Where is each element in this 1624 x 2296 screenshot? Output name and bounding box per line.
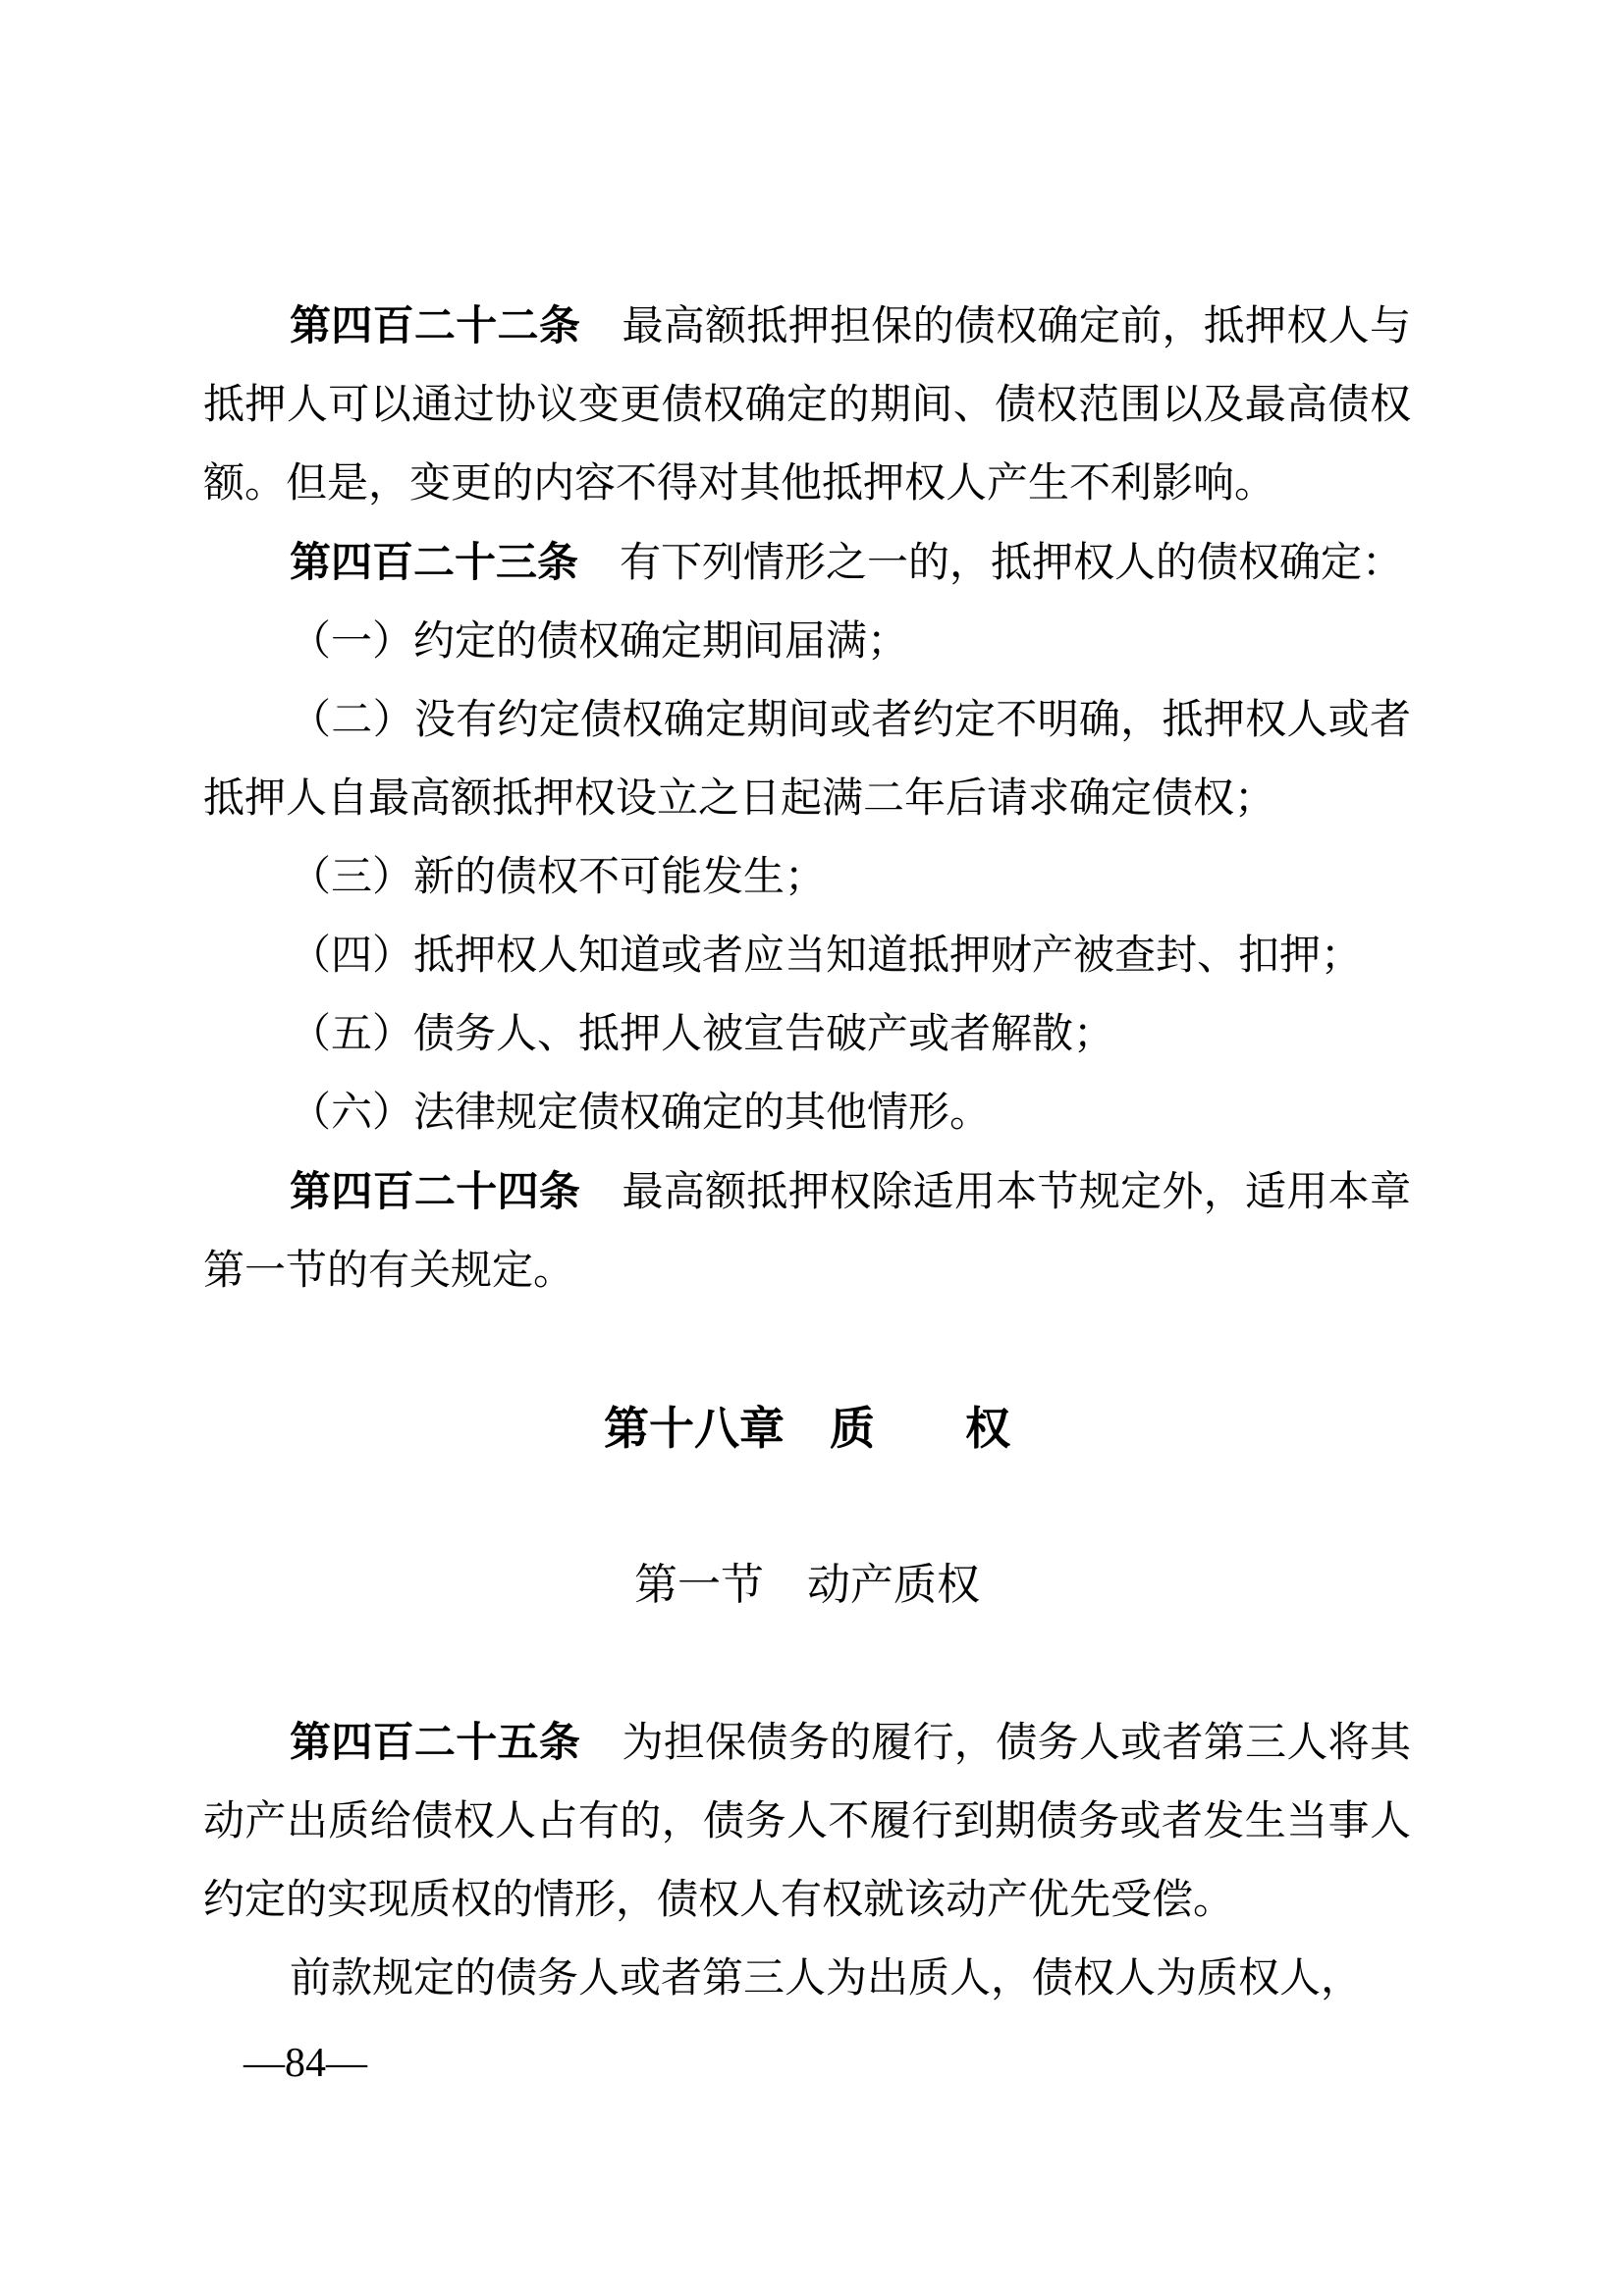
article-423-item-2: （二）没有约定债权确定期间或者约定不明确，抵押权人或者抵押人自最高额抵押权设立之… [203,681,1411,838]
article-423-item-2-text: （二）没有约定债权确定期间或者约定不明确，抵押权人或者抵押人自最高额抵押权设立之… [203,698,1411,822]
article-423-number: 第四百二十三条 [290,539,578,585]
article-423-text: 有下列情形之一的，抵押权人的债权确定： [578,541,1403,586]
article-425-paragraph-2-text: 前款规定的债务人或者第三人为出质人，债权人为质权人， [290,1956,1362,2002]
article-423-item-6: （六）法律规定债权确定的其他情形。 [203,1074,1411,1152]
article-423-item-4-text: （四）抵押权人知道或者应当知道抵押财产被查封、扣押； [290,934,1362,979]
chapter-18-heading: 第十八章 质 权 [203,1389,1411,1468]
article-423-item-5-text: （五）债务人、抵押人被宣告破产或者解散； [290,1012,1114,1057]
article-423-item-3: （三）新的债权不可能发生； [203,838,1411,917]
article-422-paragraph: 第四百二十二条 最高额抵押担保的债权确定前，抵押权人与抵押人可以通过协议变更债权… [203,287,1411,523]
article-423-item-4: （四）抵押权人知道或者应当知道抵押财产被查封、扣押； [203,917,1411,995]
document-page: 第四百二十二条 最高额抵押担保的债权确定前，抵押权人与抵押人可以通过协议变更债权… [0,0,1624,2296]
article-422-number: 第四百二十二条 [290,302,580,348]
article-423-item-6-text: （六）法律规定债权确定的其他情形。 [290,1091,991,1136]
page-number: —84— [244,2040,367,2087]
article-423-item-3-text: （三）新的债权不可能发生； [290,855,826,900]
article-423-item-1: （一）约定的债权确定期间届满； [203,603,1411,681]
article-424-number: 第四百二十四条 [290,1168,580,1214]
article-423-item-1-text: （一）约定的债权确定期间届满； [290,619,908,665]
article-424-paragraph: 第四百二十四条 最高额抵押权除适用本节规定外，适用本章第一节的有关规定。 [203,1152,1411,1310]
article-425-number: 第四百二十五条 [290,1719,580,1765]
document-body: 第四百二十二条 最高额抵押担保的债权确定前，抵押权人与抵押人可以通过协议变更债权… [203,287,1411,2018]
article-425-paragraph-2: 前款规定的债务人或者第三人为出质人，债权人为质权人， [203,1940,1411,2018]
article-425-paragraph: 第四百二十五条 为担保债务的履行，债务人或者第三人将其动产出质给债权人占有的，债… [203,1703,1411,1940]
section-1-heading: 第一节 动产质权 [203,1546,1411,1625]
article-423-paragraph: 第四百二十三条 有下列情形之一的，抵押权人的债权确定： [203,523,1411,603]
article-423-item-5: （五）债务人、抵押人被宣告破产或者解散； [203,995,1411,1074]
